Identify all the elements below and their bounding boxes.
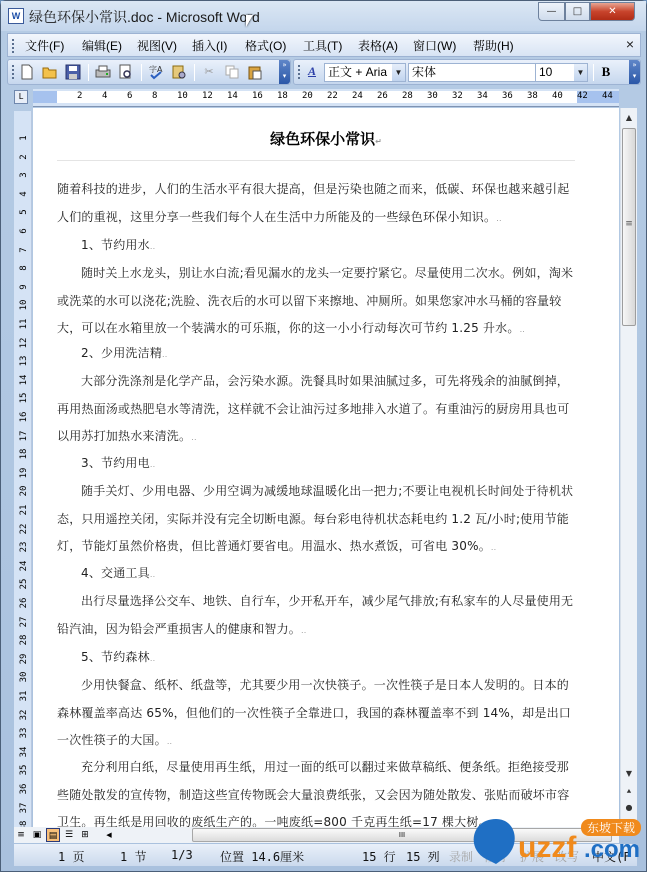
ruler-tick-label: 27 (19, 615, 29, 629)
scroll-left-arrow-icon[interactable]: ◀ (102, 828, 116, 842)
research-icon[interactable] (171, 64, 187, 80)
ruler-tick-label: 34 (19, 745, 29, 759)
bold-button[interactable]: B (598, 64, 614, 80)
ruler-tick-label: 30 (427, 91, 438, 101)
ruler-tick-label: 19 (19, 466, 29, 480)
toolbar-grip-icon[interactable] (12, 65, 14, 79)
ruler-tick-label: 38 (19, 819, 29, 827)
ruler-tick-label: 4 (19, 187, 29, 201)
status-line: 15 行 (362, 848, 396, 865)
status-column: 15 列 (406, 848, 440, 865)
ruler-tick-label: 10 (177, 91, 188, 101)
ruler-tick-label: 20 (19, 484, 29, 498)
ruler-tick-label: 12 (19, 336, 29, 350)
spelling-icon[interactable]: 字A (148, 64, 164, 80)
section-heading: 2、少用洗洁精.. (57, 340, 577, 369)
ruler-tick-label: 7 (19, 243, 29, 257)
status-page-of: 1/3 (171, 848, 193, 862)
ruler-tick-label: 38 (527, 91, 538, 101)
ruler-tick-label: 16 (19, 410, 29, 424)
ruler-tick-label: 36 (502, 91, 513, 101)
ruler-tick-label: 26 (19, 596, 29, 610)
style-combo[interactable]: 正文 + Aria ▼ (324, 63, 406, 82)
open-icon[interactable] (42, 64, 58, 80)
vertical-ruler[interactable]: 1234567891011121314151617181920212223242… (14, 111, 32, 827)
svg-text:东坡下载: 东坡下载 (587, 820, 635, 835)
styles-pane-icon[interactable]: A (304, 64, 320, 80)
ruler-tick-label: 22 (327, 91, 338, 101)
menu-tools[interactable]: 工具(T) (303, 37, 342, 54)
ruler-tick-label: 6 (127, 91, 132, 101)
new-icon[interactable] (19, 64, 35, 80)
ruler-tick-label: 29 (19, 652, 29, 666)
ruler-tick-label: 36 (19, 782, 29, 796)
ruler-tick-label: 42 (577, 91, 588, 101)
formatting-toolbar: A 正文 + Aria ▼ 宋体 ▼ 10 ▼ B »▾ (293, 59, 641, 85)
mouse-cursor-icon (246, 15, 253, 27)
body-paragraph: 随时关上水龙头，别让水白流;看见漏水的龙头一定要拧紧它。尽量使用二次水。例如，淘… (57, 260, 577, 344)
ruler-tick-label: 8 (19, 261, 29, 275)
toolbar-options-button[interactable]: »▾ (629, 60, 640, 84)
menu-edit[interactable]: 编辑(E) (82, 37, 122, 54)
ruler-tick-label: 32 (452, 91, 463, 101)
ruler-tick-label: 14 (227, 91, 238, 101)
previous-page-icon[interactable]: ⯅ (621, 784, 637, 800)
print-preview-icon[interactable] (118, 64, 134, 80)
section-heading: 4、交通工具.. (57, 560, 577, 589)
print-icon[interactable] (95, 64, 111, 80)
menu-file[interactable]: 文件(F) (25, 37, 64, 54)
ruler-tick-label: 18 (19, 447, 29, 461)
menu-help[interactable]: 帮助(H) (473, 37, 514, 54)
uzzf-watermark-logo: uzzf .com 东坡下载 (466, 809, 646, 869)
cut-icon[interactable]: ✂ (201, 64, 217, 80)
ruler-tick-label: 30 (19, 670, 29, 684)
ruler-tick-label: 26 (377, 91, 388, 101)
ruler-tick-label: 13 (19, 354, 29, 368)
ruler-tick-label: 2 (19, 150, 29, 164)
body-paragraph: 随着科技的进步，人们的生活水平有很大提高，但是污染也随之而来，低碳、环保也越来越… (57, 176, 577, 232)
ruler-tick-label: 16 (252, 91, 263, 101)
maximize-button[interactable]: □ (565, 2, 590, 21)
normal-view-icon[interactable]: ≡ (14, 828, 28, 842)
close-document-button[interactable]: × (626, 36, 634, 52)
document-title: 绿色环保小常识↵ (33, 128, 619, 149)
reading-view-icon[interactable]: ⊞ (78, 828, 92, 842)
ruler-tick-label: 11 (19, 317, 29, 331)
ruler-tick-label: 20 (302, 91, 313, 101)
tab-selector[interactable]: L (14, 90, 28, 104)
menu-format[interactable]: 格式(O) (245, 37, 286, 54)
ruler-tick-label: 40 (552, 91, 563, 101)
ruler-tick-label: 28 (19, 633, 29, 647)
svg-text:uzzf: uzzf (518, 831, 577, 864)
title-bar[interactable]: W 绿色环保小常识.doc - Microsoft Word — □ ✕ (1, 1, 646, 31)
minimize-button[interactable]: — (538, 2, 565, 21)
window-title: 绿色环保小常识.doc - Microsoft Word (29, 7, 260, 27)
section-heading: 5、节约森林.. (57, 644, 577, 673)
ruler-tick-label: 24 (352, 91, 363, 101)
ruler-tick-label: 14 (19, 373, 29, 387)
ruler-tick-label: 8 (152, 91, 157, 101)
status-section: 1 节 (120, 848, 146, 865)
ruler-tick-label: 44 (602, 91, 613, 101)
scroll-down-arrow-icon[interactable]: ▼ (621, 766, 637, 782)
font-size-combo[interactable]: 10 ▼ (535, 63, 588, 82)
ruler-tick-label: 31 (19, 689, 29, 703)
chevron-down-icon[interactable]: ▼ (574, 64, 587, 81)
body-paragraph: 随手关灯、少用电器、少用空调为减缓地球温暖化出一把力;不要让电视机长时间处于待机… (57, 478, 577, 562)
toolbar-grip-icon[interactable] (298, 65, 300, 79)
title-divider (57, 160, 575, 161)
paste-icon[interactable] (247, 64, 263, 80)
ruler-tick-label: 21 (19, 503, 29, 517)
ruler-tick-label: 37 (19, 801, 29, 815)
ruler-tick-label: 24 (19, 559, 29, 573)
ruler-tick-label: 9 (19, 280, 29, 294)
standard-toolbar: 字A ✂ »▾ (7, 59, 291, 85)
menu-bar: 文件(F) 编辑(E) 视图(V) 插入(I) 格式(O) 工具(T) 表格(A… (7, 33, 641, 57)
body-paragraph: 大部分洗涤剂是化学产品，会污染水源。洗餐具时如果油腻过多，可先将残余的油腻倒掉，… (57, 368, 577, 452)
body-paragraph: 少用快餐盒、纸杯、纸盘等，尤其要少用一次快筷子。一次性筷子是日本人发明的。日本的… (57, 672, 577, 756)
ruler-tick-label: 17 (19, 429, 29, 443)
section-heading: 1、节约用水.. (57, 232, 577, 261)
style-value: 正文 + Aria (328, 65, 387, 79)
ruler-tick-label: 18 (277, 91, 288, 101)
ruler-tick-label: 23 (19, 540, 29, 554)
ruler-tick-label: 34 (477, 91, 488, 101)
horizontal-ruler[interactable]: 2468101214161820222426283032343638404244 (33, 89, 619, 107)
ruler-tick-label: 10 (19, 298, 29, 312)
ruler-tick-label: 1 (19, 131, 29, 145)
word-window: W 绿色环保小常识.doc - Microsoft Word — □ ✕ 文件(… (0, 0, 647, 872)
outline-view-icon[interactable]: ☰ (62, 828, 76, 842)
menu-view[interactable]: 视图(V) (137, 37, 177, 54)
scroll-up-arrow-icon[interactable]: ▲ (621, 110, 637, 126)
ruler-tick-label: 25 (19, 577, 29, 591)
ruler-tick-label: 2 (77, 91, 82, 101)
print-layout-view-icon[interactable]: ▤ (46, 828, 60, 842)
font-value: 宋体 (412, 65, 436, 79)
toolbar-options-button[interactable]: »▾ (279, 60, 290, 84)
close-button[interactable]: ✕ (590, 2, 635, 21)
ruler-tick-label: 35 (19, 763, 29, 777)
web-view-icon[interactable]: ▣ (30, 828, 44, 842)
svg-text:.com: .com (584, 836, 640, 863)
ruler-tick-label: 22 (19, 522, 29, 536)
ruler-tick-label: 28 (402, 91, 413, 101)
menu-window[interactable]: 窗口(W) (413, 37, 456, 54)
status-position: 位置 14.6厘米 (220, 848, 304, 865)
ruler-tick-label: 5 (19, 205, 29, 219)
ruler-tick-label: 15 (19, 391, 29, 405)
body-paragraph: 出行尽量选择公交车、地铁、自行车，少开私开车，减少尾气排放;有私家车的人尽量使用… (57, 588, 577, 644)
menu-table[interactable]: 表格(A) (358, 37, 398, 54)
copy-icon[interactable] (224, 64, 240, 80)
ruler-tick-label: 32 (19, 708, 29, 722)
word-app-icon[interactable]: W (8, 8, 24, 24)
vertical-scrollbar[interactable]: ▲ ≡ ▼ ⯅ ● ⯆ (620, 108, 637, 827)
menu-insert[interactable]: 插入(I) (192, 37, 227, 54)
ruler-tick-label: 4 (102, 91, 107, 101)
font-size-value: 10 (539, 65, 552, 79)
section-heading: 3、节约用电.. (57, 450, 577, 479)
save-icon[interactable] (65, 64, 81, 80)
ruler-tick-label: 33 (19, 726, 29, 740)
toolbar-grip-icon[interactable] (12, 39, 14, 53)
chevron-down-icon[interactable]: ▼ (392, 64, 405, 81)
ruler-tick-label: 12 (202, 91, 213, 101)
ruler-tick-label: 3 (19, 168, 29, 182)
status-page: 1 页 (58, 848, 84, 865)
scroll-thumb[interactable]: ≡ (622, 128, 636, 326)
document-page[interactable]: 绿色环保小常识↵ 随着科技的进步，人们的生活水平有很大提高，但是污染也随之而来，… (33, 108, 619, 827)
ruler-tick-label: 6 (19, 224, 29, 238)
